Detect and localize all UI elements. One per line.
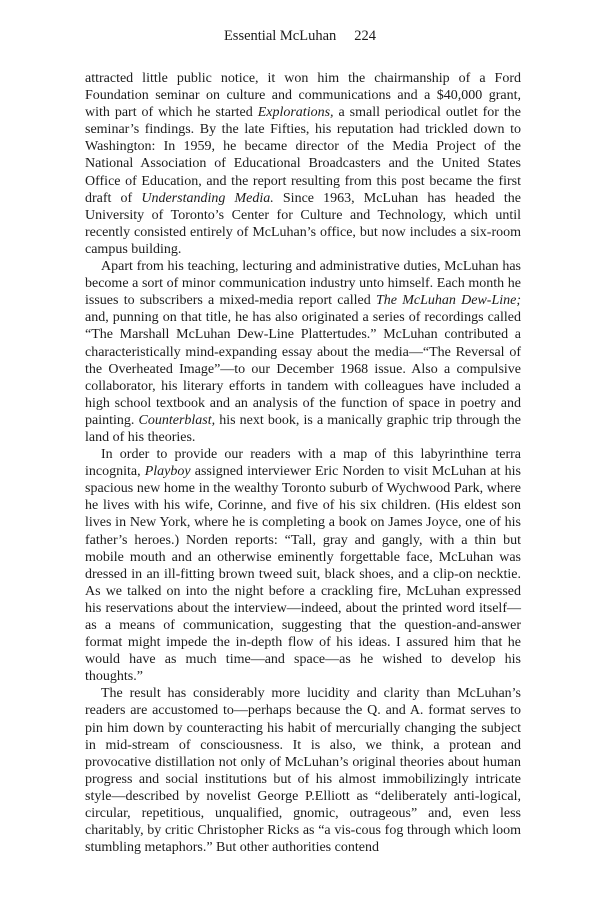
running-header: Essential McLuhan224 [0, 28, 600, 45]
book-page: Essential McLuhan224 attracted little pu… [0, 0, 600, 900]
page-body: attracted little public notice, it won h… [85, 70, 521, 856]
paragraph: In order to provide our readers with a m… [85, 446, 521, 685]
paragraph: attracted little public notice, it won h… [85, 70, 521, 258]
italic-text-run: Explorations, [258, 105, 334, 120]
text-run: The result has considerably more lucidit… [85, 686, 521, 855]
italic-text-run: Understanding Media. [141, 191, 273, 206]
italic-text-run: The McLuhan Dew-Line; [376, 293, 521, 308]
running-title: Essential McLuhan [224, 28, 336, 44]
paragraph: The result has considerably more lucidit… [85, 685, 521, 856]
italic-text-run: Playboy [145, 464, 191, 479]
paragraph: Apart from his teaching, lecturing and a… [85, 258, 521, 446]
page-number: 224 [354, 28, 376, 44]
text-run: assigned interviewer Eric Norden to visi… [85, 464, 521, 684]
italic-text-run: Counterblast, [139, 413, 216, 428]
text-run: and, punning on that title, he has also … [85, 310, 521, 428]
